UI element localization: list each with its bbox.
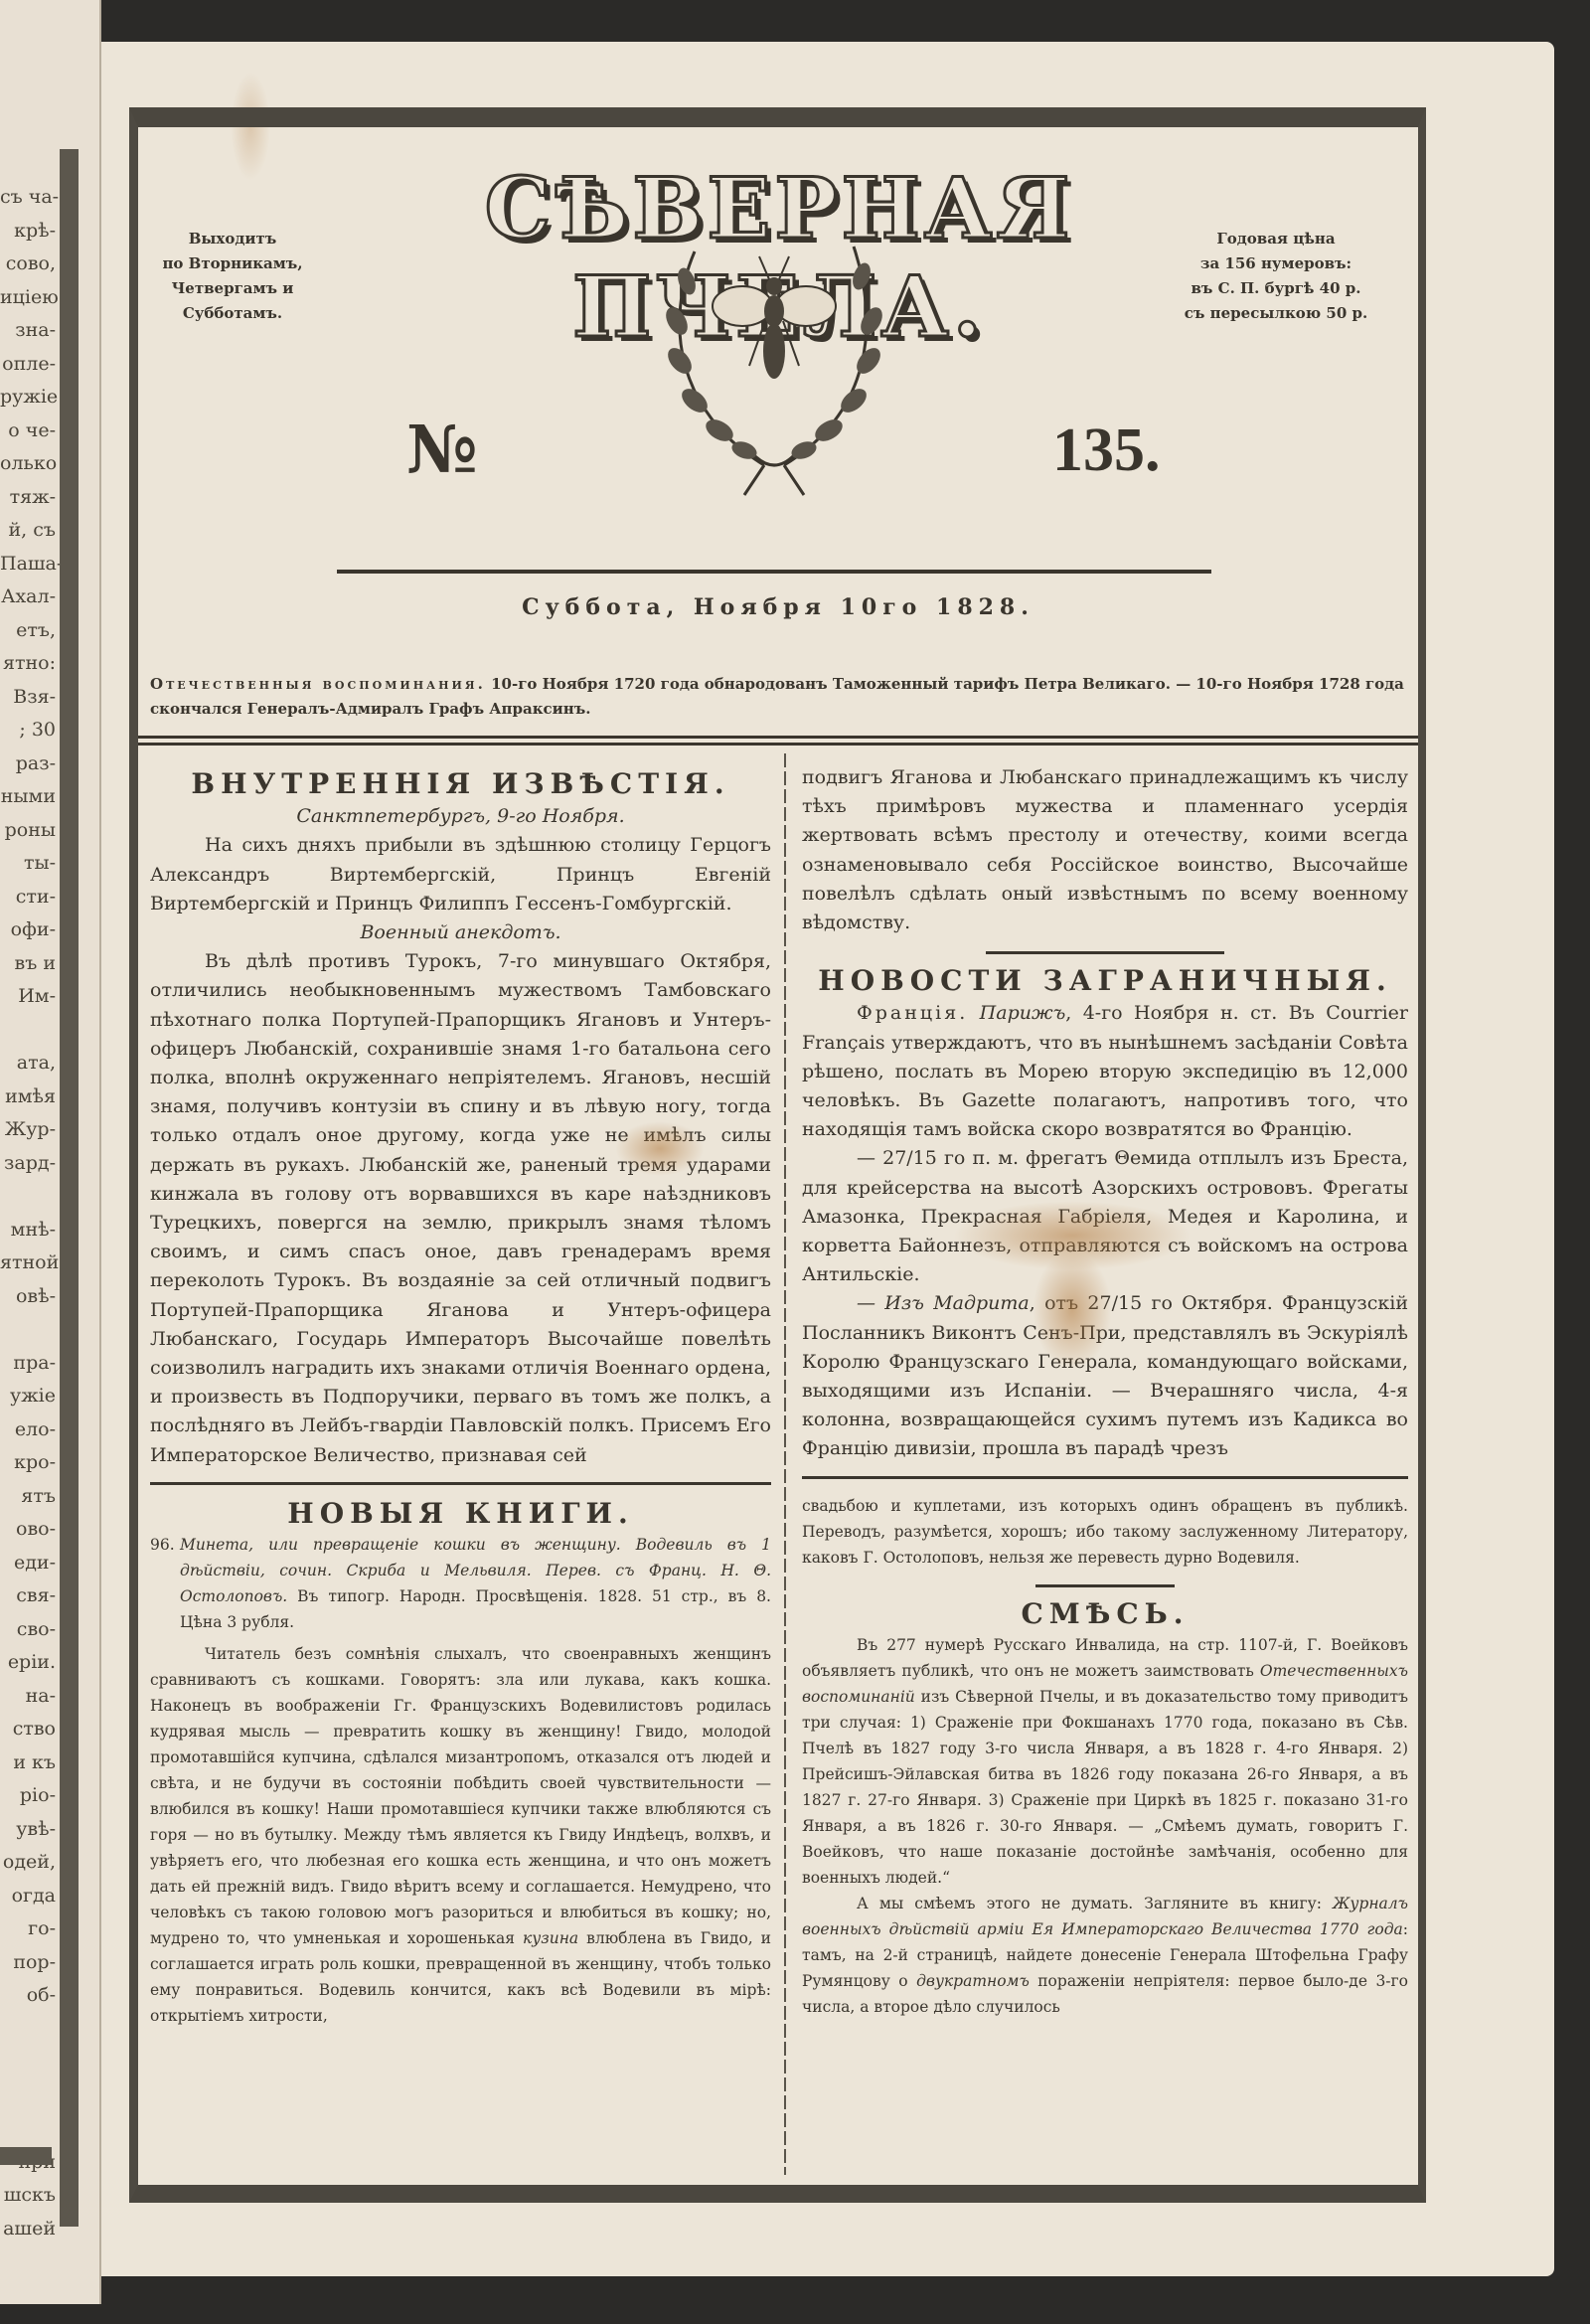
fragment-line: мнѣ-	[0, 1214, 56, 1247]
article-paragraph: Францiя. Парижъ, 4-го Ноября н. ст. Въ C…	[802, 999, 1408, 1144]
price-line: съ пересылкою 50 р.	[1132, 301, 1420, 326]
price-line: Годовая цѣна	[1132, 227, 1420, 251]
fragment-line	[0, 1014, 56, 1048]
fragment-line: Паша-	[0, 548, 56, 581]
fragment-line: об-	[0, 1979, 56, 2013]
dateline-italic: — Изъ Мадрита	[857, 1292, 1030, 1314]
paragraph-italic: двукратномъ	[916, 1972, 1030, 1990]
price-line: въ С. П. бургѣ 40 р.	[1132, 276, 1420, 301]
fragment-line	[0, 2046, 56, 2079]
price-line: за 156 нумеровъ:	[1132, 251, 1420, 276]
fragment-line: сво-	[0, 1613, 56, 1647]
fragment-line: Жур-	[0, 1113, 56, 1147]
fragment-line: ; 30	[0, 714, 56, 747]
subscription-price: Годовая цѣна за 156 нумеровъ: въ С. П. б…	[1132, 227, 1420, 326]
fragment-line: ужiе	[0, 1380, 56, 1413]
fragment-line: етъ,	[0, 614, 56, 648]
fragment-line: ата,	[0, 1047, 56, 1080]
memorial-note: Отечественныя воспоминания. 10-го Ноября…	[150, 672, 1412, 722]
previous-page-fragment: съ ча-крѣ-сово,ицiеюзна-опле-ружiео че-о…	[0, 0, 101, 2304]
article-paragraph: На сихъ дняхъ прибыли въ здѣшнюю столицу…	[150, 831, 771, 918]
masthead-rule	[337, 570, 1211, 574]
fragment-line: ными	[0, 780, 56, 814]
fragment-line: огда	[0, 1880, 56, 1913]
previous-page-text: съ ча-крѣ-сово,ицiеюзна-опле-ружiео че-о…	[0, 181, 56, 2245]
previous-page-bottom-border	[0, 2147, 52, 2165]
right-column: подвигъ Яганова и Любанскаго принадлежащ…	[802, 763, 1408, 2020]
bee-wreath-icon	[625, 242, 923, 500]
new-books-heading: НОВЫЯ КНИГИ.	[150, 1499, 771, 1528]
city-label: Парижъ	[980, 1002, 1066, 1024]
previous-page-border	[60, 149, 79, 2227]
schedule-line: Четвергамъ и	[138, 276, 327, 301]
domestic-news-heading: ВНУТРЕННIЯ ИЗВѢСТIЯ.	[150, 769, 771, 798]
fragment-line: ерiи.	[0, 1646, 56, 1680]
article-paragraph: Въ 277 нумерѣ Русскаго Инвалида, на стр.…	[802, 1632, 1408, 1891]
fragment-line: зард-	[0, 1147, 56, 1181]
fragment-line: тяж-	[0, 481, 56, 515]
section-rule	[986, 951, 1224, 954]
schedule-line: Выходитъ	[138, 227, 327, 251]
review-text: Читатель безъ сомнѣнiя слыхалъ, что свое…	[150, 1645, 771, 1947]
fragment-line: ятъ	[0, 1480, 56, 1514]
fragment-line: свя-	[0, 1579, 56, 1613]
issue-date: Суббота, Ноября 10го 1828.	[138, 594, 1418, 620]
newspaper-page: СѢВЕРНАЯ ПЧЕЛА. Выходитъ по Вторникамъ, …	[101, 42, 1554, 2276]
fragment-line: Им-	[0, 980, 56, 1014]
fragment-line	[0, 2112, 56, 2146]
fragment-line: ружiе	[0, 381, 56, 415]
fragment-line: рiо-	[0, 1779, 56, 1813]
fragment-line: раз-	[0, 747, 56, 781]
fragment-line: ово-	[0, 1513, 56, 1547]
issue-number: 135.	[1052, 415, 1161, 486]
fragment-line: Взя-	[0, 681, 56, 715]
fragment-line	[0, 1180, 56, 1214]
book-number: 96.	[150, 1532, 180, 1635]
fragment-line: еди-	[0, 1547, 56, 1580]
paragraph-text: А мы смѣемъ этого не думать. Загляните в…	[857, 1895, 1333, 1912]
fragment-line: увѣ-	[0, 1813, 56, 1847]
fragment-line: крѣ-	[0, 215, 56, 249]
fragment-line: ятно:	[0, 647, 56, 681]
schedule-line: Суббoтамъ.	[138, 301, 327, 326]
page-frame: СѢВЕРНАЯ ПЧЕЛА. Выходитъ по Вторникамъ, …	[129, 107, 1426, 2203]
domestic-dateline: Санктпетербургъ, 9-го Ноября.	[150, 802, 771, 831]
review-italic: кузина	[523, 1929, 578, 1947]
fragment-line: го-	[0, 1912, 56, 1946]
section-rule	[802, 1476, 1408, 1479]
number-sign: №	[406, 411, 478, 488]
book-listing: 96. Минета, или превращенiе кошки въ жен…	[150, 1532, 771, 1635]
fragment-line: роны	[0, 814, 56, 848]
section-rule	[150, 1482, 771, 1485]
double-rule	[138, 736, 1418, 739]
fragment-line: сти-	[0, 881, 56, 914]
book-details: Минета, или превращенiе кошки въ женщину…	[180, 1532, 771, 1635]
fragment-line: ашей	[0, 2213, 56, 2246]
article-continuation: подвигъ Яганова и Любанскаго принадлежащ…	[802, 763, 1408, 937]
memorial-label: Отечественныя воспоминания.	[150, 675, 486, 693]
fragment-line: шскъ	[0, 2179, 56, 2213]
paper-stain	[615, 1121, 705, 1176]
fragment-line: Ахал-	[0, 581, 56, 614]
paragraph-text: изъ Сѣверной Пчелы, и въ доказательство …	[802, 1688, 1408, 1887]
fragment-line: овѣ-	[0, 1280, 56, 1314]
fragment-line: и къ	[0, 1746, 56, 1780]
fragment-line: зна-	[0, 314, 56, 348]
anecdote-subheading: Военный анекдотъ.	[150, 918, 771, 947]
fragment-line: пра-	[0, 1347, 56, 1381]
fragment-line: о че-	[0, 415, 56, 448]
book-review-continuation: свадьбою и куплетами, изъ которыхъ одинъ…	[802, 1493, 1408, 1571]
fragment-line	[0, 2013, 56, 2047]
fragment-line: въ и	[0, 947, 56, 981]
book-review: Читатель безъ сомнѣнiя слыхалъ, что свое…	[150, 1641, 771, 2029]
fragment-line: сово,	[0, 248, 56, 281]
fragment-line: й, съ	[0, 514, 56, 548]
section-rule	[1035, 1584, 1175, 1587]
article-paragraph: Въ дѣлѣ противъ Турокъ, 7-го минувшаго О…	[150, 947, 771, 1470]
country-label: Францiя.	[857, 1002, 968, 1024]
fragment-line: пор-	[0, 1946, 56, 1980]
fragment-line: опле-	[0, 348, 56, 382]
fragment-line: ство	[0, 1713, 56, 1746]
fragment-line: кро-	[0, 1446, 56, 1480]
schedule-line: по Вторникамъ,	[138, 251, 327, 276]
foreign-news-heading: НОВОСТИ ЗАГРАНИЧНЫЯ.	[802, 966, 1408, 995]
fragment-line	[0, 2079, 56, 2113]
miscellany-heading: СМѢСЬ.	[802, 1599, 1408, 1628]
article-paragraph: А мы смѣемъ этого не думать. Загляните в…	[802, 1891, 1408, 2020]
masthead: СѢВЕРНАЯ ПЧЕЛА. Выходитъ по Вторникамъ, …	[138, 127, 1418, 644]
left-column: ВНУТРЕННIЯ ИЗВѢСТIЯ. Санктпетербургъ, 9-…	[150, 763, 771, 2029]
fragment-line: имѣя	[0, 1080, 56, 1114]
fragment-line: на-	[0, 1680, 56, 1714]
fragment-line: ело-	[0, 1413, 56, 1447]
fragment-line	[0, 1313, 56, 1347]
paper-stain	[1033, 1250, 1112, 1370]
fragment-line: ятной	[0, 1246, 56, 1280]
fragment-line: съ ча-	[0, 181, 56, 215]
column-divider	[784, 753, 786, 2175]
publication-schedule: Выходитъ по Вторникамъ, Четвергамъ и Суб…	[138, 227, 327, 326]
fragment-line: офи-	[0, 913, 56, 947]
fragment-line: олько	[0, 447, 56, 481]
fragment-line: ицiею	[0, 281, 56, 315]
fragment-line: ты-	[0, 847, 56, 881]
fragment-line: одей,	[0, 1846, 56, 1880]
